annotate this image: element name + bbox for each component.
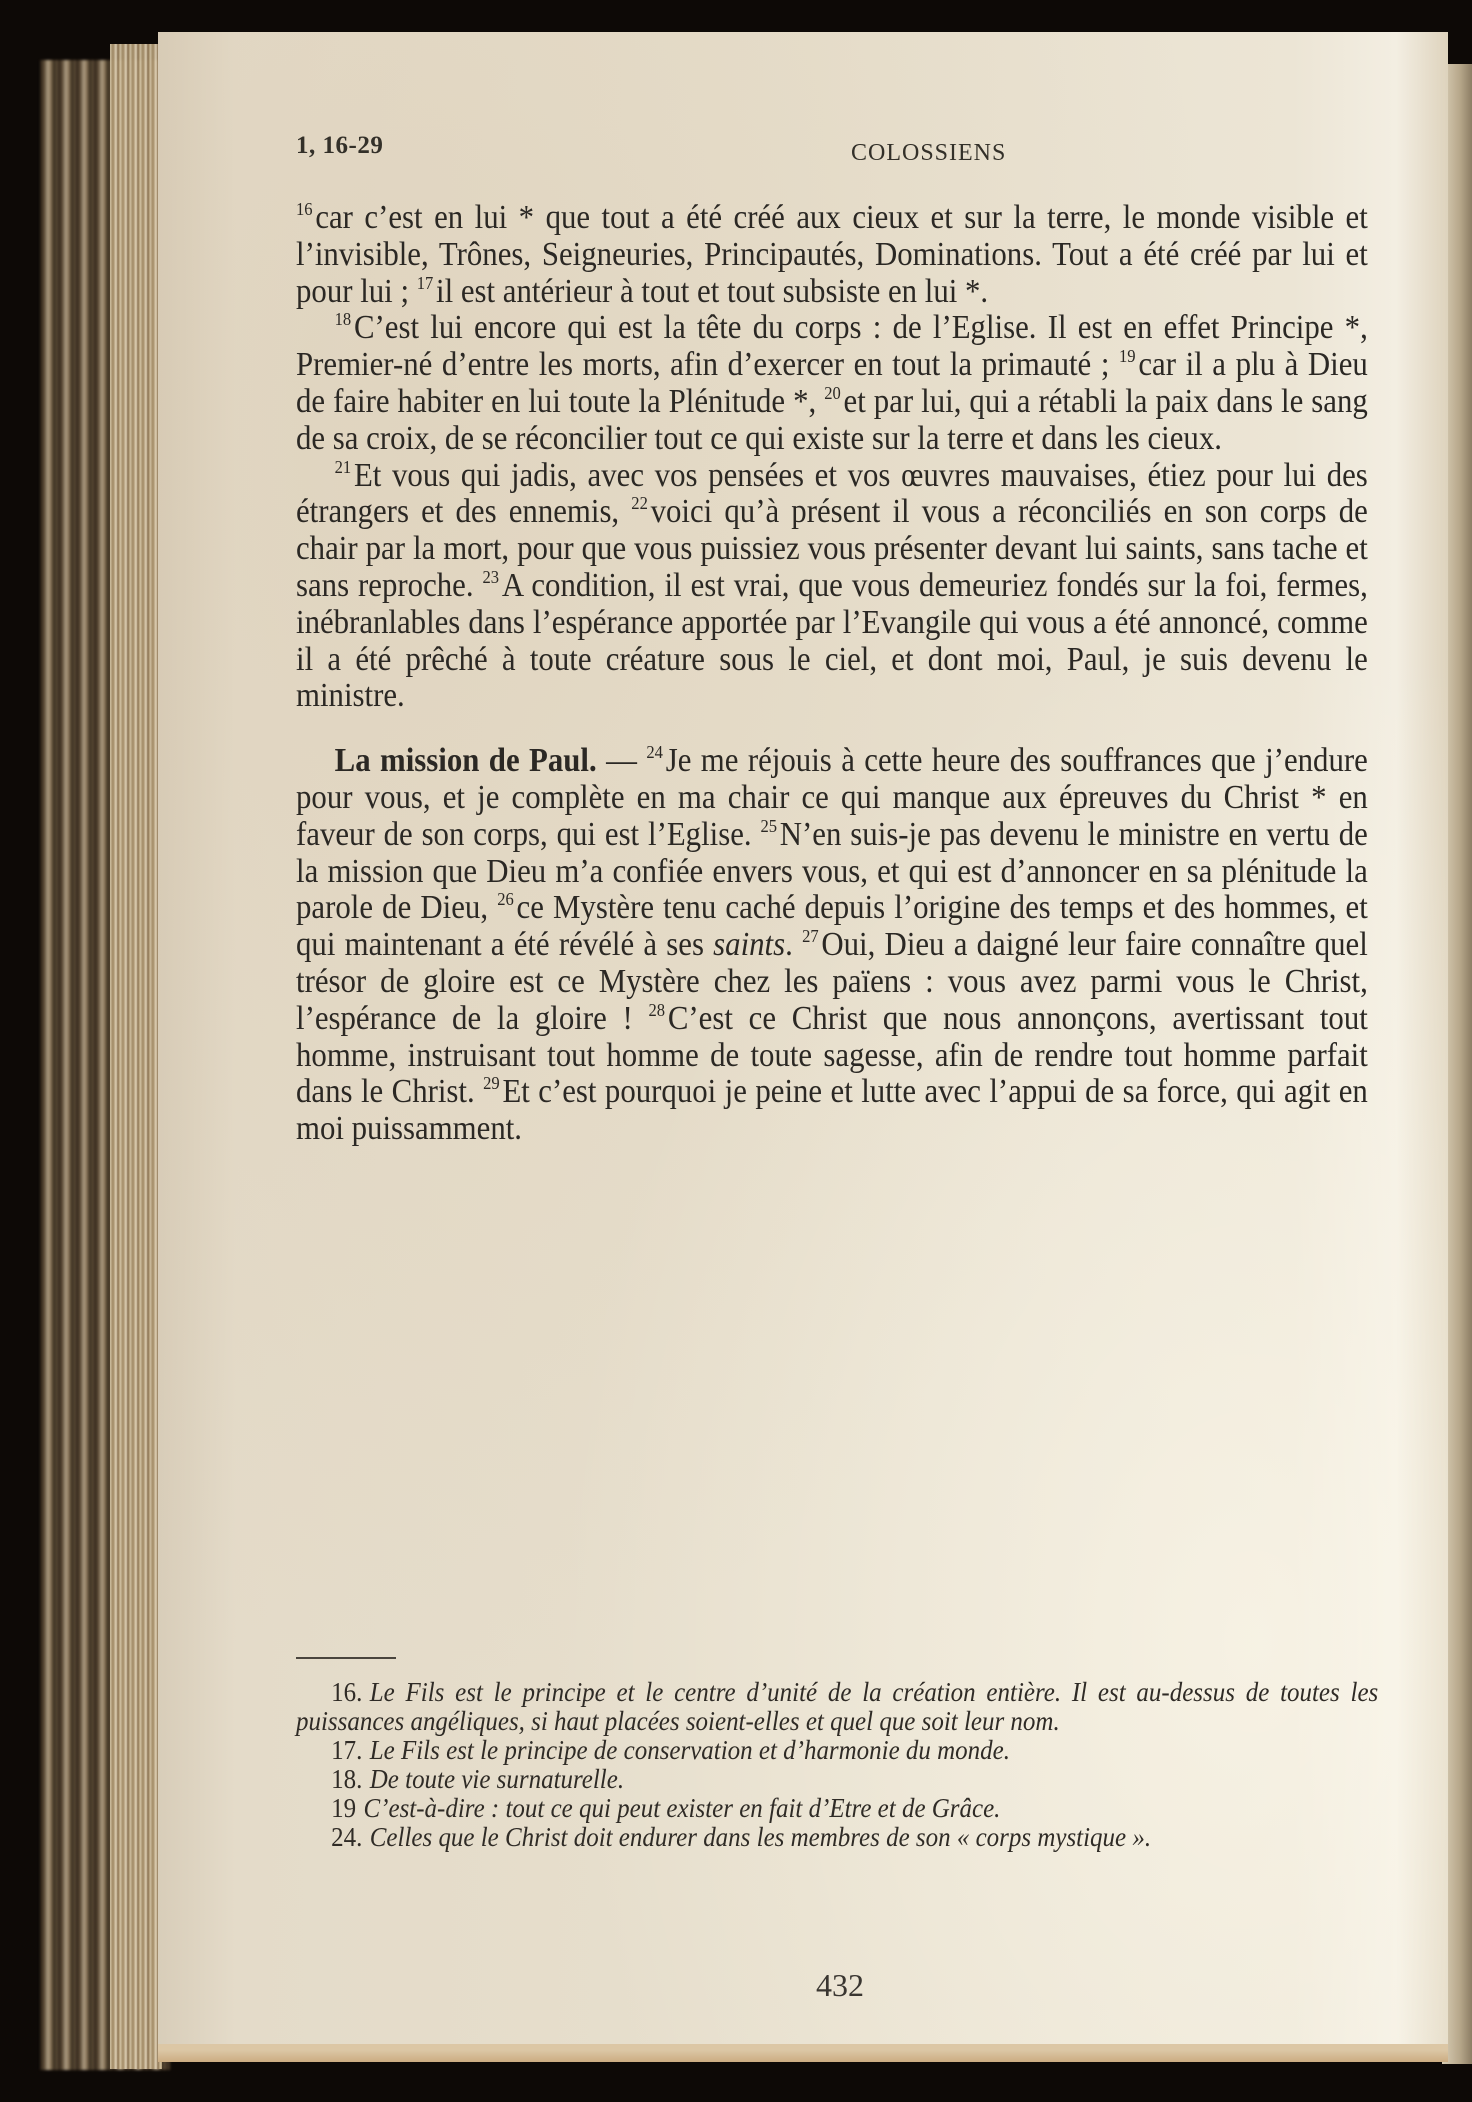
verse-number: 28: [649, 1000, 666, 1020]
book-page: 1, 16-29 COLOSSIENS 16car c’est en lui *…: [158, 32, 1448, 2062]
section-dash: —: [597, 742, 647, 779]
footnote: 19C’est-à-dire : tout ce qui peut existe…: [296, 1794, 1378, 1823]
footnote-text: Le Fils est le principe et le centre d’u…: [296, 1677, 1378, 1736]
footnote-number: 24.: [331, 1822, 362, 1852]
section-paragraph: La mission de Paul. — 24Je me réjouis à …: [296, 743, 1368, 1148]
footnote: 16.Le Fils est le principe et le centre …: [296, 1678, 1378, 1736]
footnote-number: 17.: [331, 1735, 362, 1765]
paragraph: 18C’est lui encore qui est la tête du co…: [296, 310, 1368, 457]
footnote-text: Celles que le Christ doit endurer dans l…: [370, 1822, 1151, 1852]
footnote-number: 18.: [331, 1764, 362, 1794]
verse-number: 16: [296, 199, 313, 219]
verse-number: 18: [335, 309, 352, 329]
verse-number: 26: [497, 889, 514, 909]
footnote-number: 19: [331, 1793, 356, 1823]
footnote-text: C’est-à-dire : tout ce qui peut exister …: [364, 1793, 1001, 1823]
verse-number: 24: [646, 742, 663, 762]
footnote: 24.Celles que le Christ doit endurer dan…: [296, 1823, 1378, 1852]
footnote-text: De toute vie surnaturelle.: [370, 1764, 624, 1794]
footnote-number: 16.: [331, 1677, 362, 1707]
verse-number: 29: [483, 1073, 500, 1093]
verse-number: 23: [483, 567, 500, 587]
footnote-text: Le Fils est le principe de conservation …: [370, 1735, 1010, 1765]
verse-number: 21: [335, 457, 352, 477]
verse-number: 27: [802, 926, 819, 946]
section-title: La mission de Paul.: [335, 742, 597, 779]
verse-number: 17: [417, 273, 434, 293]
page-number: 432: [816, 1967, 864, 2004]
verse-text-after: .: [785, 926, 802, 963]
body-text: 16car c’est en lui * que tout a été créé…: [296, 200, 1368, 1148]
chapter-reference: 1, 16-29: [296, 132, 383, 160]
italic-word: saints: [713, 926, 785, 963]
verse-number: 20: [824, 383, 841, 403]
footnote-separator: [296, 1657, 396, 1659]
paragraph: 21Et vous qui jadis, avec vos pensées et…: [296, 458, 1368, 716]
verse-text: il est antérieur à tout et tout subsiste…: [436, 273, 988, 310]
footnotes: 16.Le Fils est le principe et le centre …: [296, 1678, 1378, 1852]
footnote: 18.De toute vie surnaturelle.: [296, 1765, 1378, 1794]
book-title: COLOSSIENS: [851, 140, 1006, 167]
near-page-edges: [110, 44, 162, 2069]
verse-number: 25: [760, 816, 777, 836]
book-photo: 1, 16-29 COLOSSIENS 16car c’est en lui *…: [0, 0, 1472, 2102]
paragraph: 16car c’est en lui * que tout a été créé…: [296, 200, 1368, 310]
running-head: 1, 16-29 COLOSSIENS: [286, 132, 1371, 172]
footnote: 17.Le Fils est le principe de conservati…: [296, 1736, 1378, 1765]
verse-number: 19: [1119, 346, 1136, 366]
verse-number: 22: [631, 493, 648, 513]
